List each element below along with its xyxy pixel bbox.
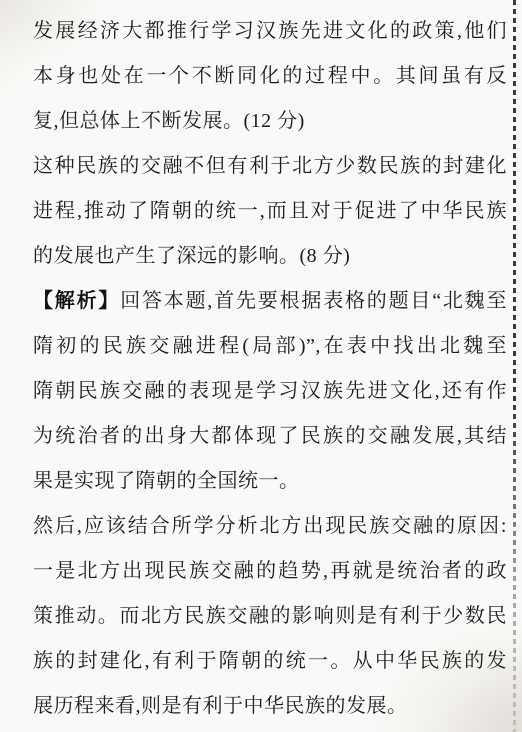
document-page: 发展经济大都推行学习汉族先进文化的政策,他们 本身也处在一个不断同化的过程中。其… <box>0 0 522 732</box>
text-line: 展历程来看,则是有利于中华民族的发展。 <box>33 684 507 729</box>
text-line: 这种民族的交融不但有利于北方少数民族的封建化 <box>33 144 507 189</box>
analysis-label: 【解析】 <box>33 290 120 312</box>
text-line: 一是北方出现民族交融的趋势,再就是统治者的政 <box>33 549 507 594</box>
text-line-score: 复,但总体上不断发展。(12 分) <box>33 99 507 144</box>
text-line: 进程,推动了隋朝的统一,而且对于促进了中华民族 <box>33 189 507 234</box>
text-line: 本身也处在一个不断同化的过程中。其间虽有反 <box>33 54 507 99</box>
text-line: 为统治者的出身大都体现了民族的交融发展,其结 <box>33 414 507 459</box>
text-line-analysis-start: 【解析】回答本题,首先要根据表格的题目“北魏至 <box>33 279 507 324</box>
text-line: 策推动。而北方民族交融的影响则是有利于少数民 <box>33 594 507 639</box>
text-line: 发展经济大都推行学习汉族先进文化的政策,他们 <box>33 9 507 54</box>
text-line: 然后,应该结合所学分析北方出现民族交融的原因: <box>33 504 507 549</box>
text-line: 果是实现了隋朝的全国统一。 <box>33 459 507 504</box>
text-line: 族的封建化,有利于隋朝的统一。从中华民族的发 <box>33 639 507 684</box>
text-line: 回答本题,首先要根据表格的题目“北魏至 <box>120 290 507 312</box>
text-column: 发展经济大都推行学习汉族先进文化的政策,他们 本身也处在一个不断同化的过程中。其… <box>33 9 507 729</box>
text-line: 隋初的民族交融进程(局部)”,在表中找出北魏至 <box>33 324 507 369</box>
text-line: 隋朝民族交融的表现是学习汉族先进文化,还有作 <box>33 369 507 414</box>
dotted-margin-line <box>513 0 516 732</box>
text-line-score: 的发展也产生了深远的影响。(8 分) <box>33 234 507 279</box>
